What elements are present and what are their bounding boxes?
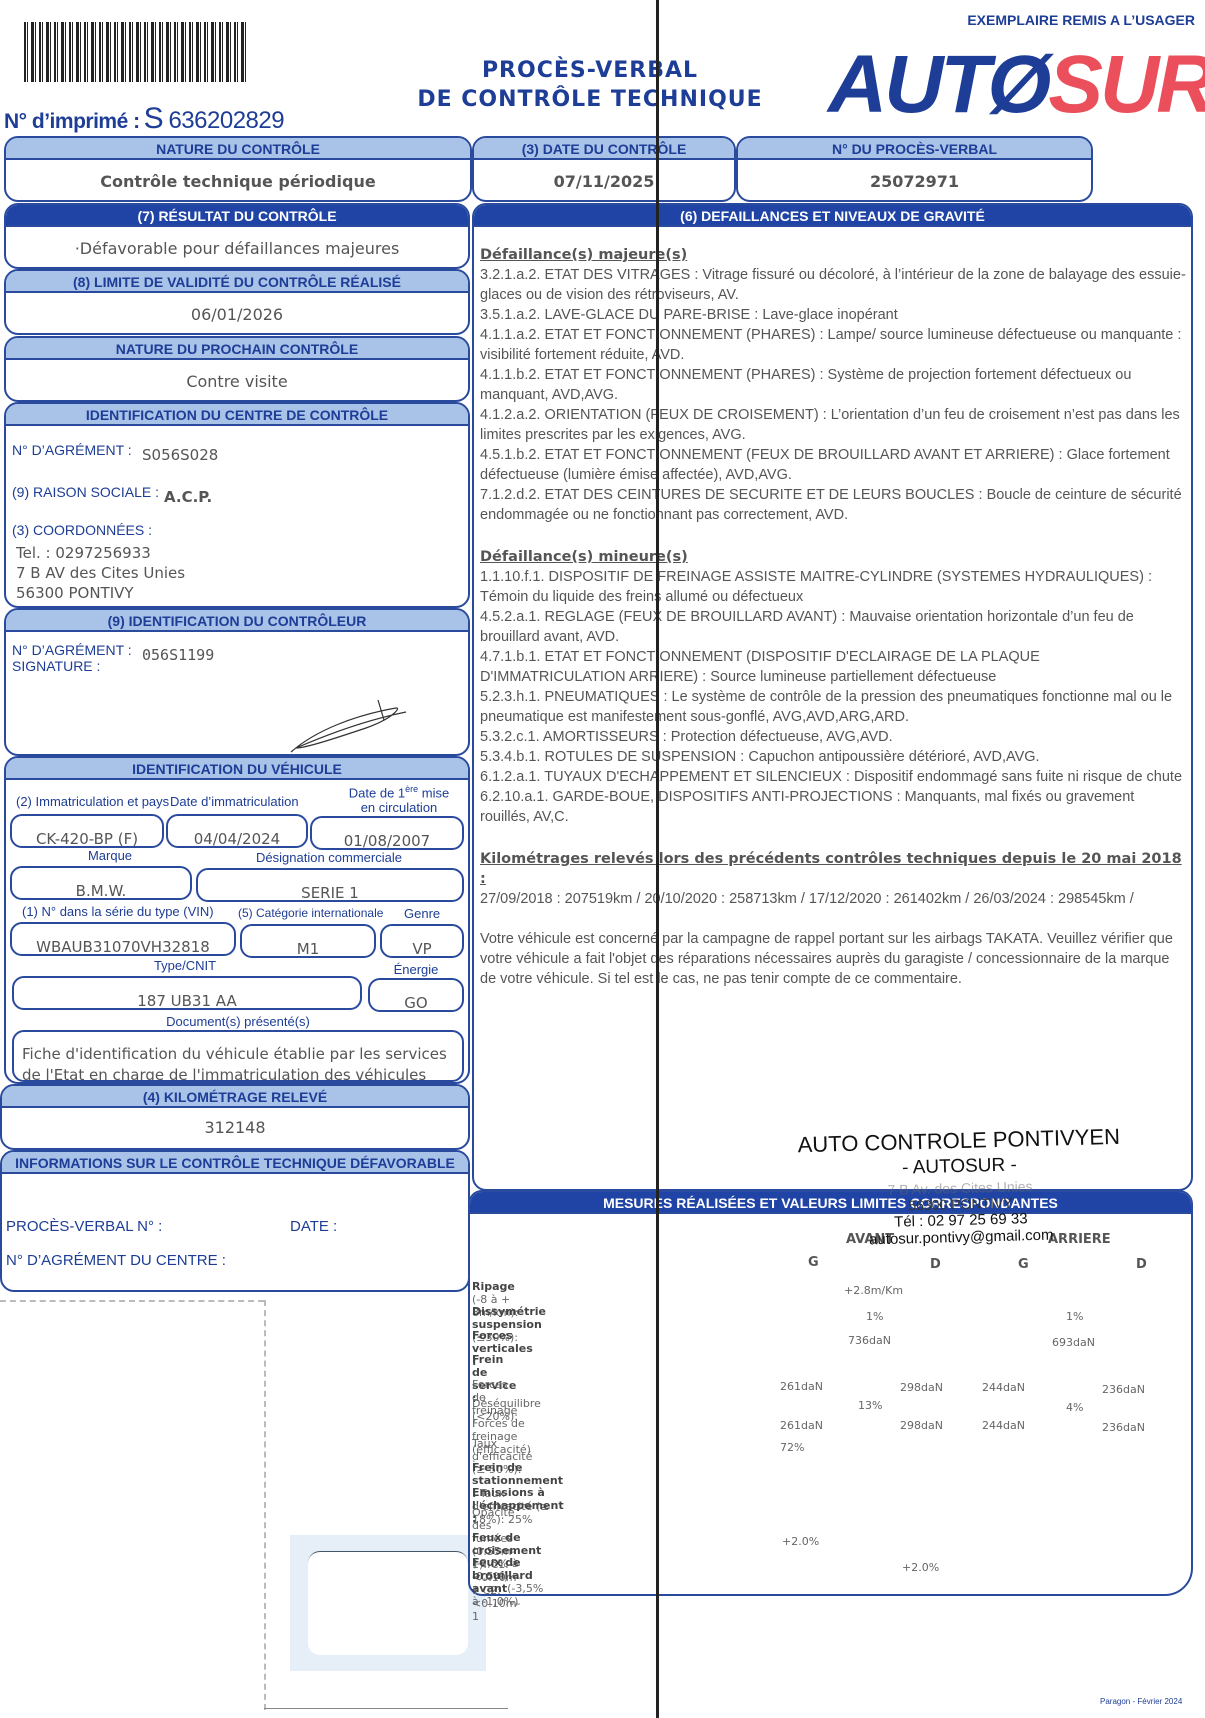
mileage-header: (4) KILOMÉTRAGE RELEVÉ (2, 1086, 468, 1108)
coordonnees-label: (3) COORDONNÉES : (12, 522, 152, 538)
document-title: PROCÈS-VERBAL DE CONTRÔLE TECHNIQUE (380, 56, 800, 114)
dipped-beam-value: +2.0% (782, 1535, 819, 1548)
first-reg-label-a: Date de 1 (349, 785, 405, 800)
minor-defect-item: 5.3.2.c.1. AMORTISSEURS : Protection déf… (480, 727, 1188, 747)
minor-defect-item: 4.5.2.a.1. REGLAGE (FEUX DE BROUILLARD A… (480, 607, 1188, 647)
minor-defect-item: 1.1.10.f.1. DISPOSITIF DE FREINAGE ASSIS… (480, 567, 1188, 607)
minor-defects-title: Défaillance(s) mineure(s) (480, 547, 1188, 567)
imbalance-rear: 4% (1066, 1401, 1083, 1414)
efficiency-rate-value: 72% (780, 1441, 804, 1454)
detach-line-vertical (264, 1300, 266, 1710)
pv-number-box: N° DU PROCÈS-VERBAL 25072971 (736, 136, 1093, 202)
designation-label: Désignation commerciale (196, 850, 462, 865)
efficiency-force-rr: 236daN (1102, 1421, 1145, 1434)
efficiency-force-fr: 298daN (900, 1419, 943, 1432)
major-defect-item: 7.1.2.d.2. ETAT DES CEINTURES DE SECURIT… (480, 485, 1188, 525)
printed-number: N° d’imprimé :S 636202829 (4, 102, 284, 136)
major-defects-list: 3.2.1.a.2. ETAT DES VITRAGES : Vitrage f… (480, 265, 1188, 525)
dissymetry-rear: 1% (1066, 1310, 1083, 1323)
fold-line (656, 0, 659, 1718)
energy-field: GO (368, 978, 464, 1012)
immat-field: CK-420-BP (F) (10, 814, 164, 848)
title-line-1: PROCÈS-VERBAL (380, 56, 800, 85)
vin-field: WBAUB31070VH32818 (10, 922, 236, 956)
efficiency-force-fl: 261daN (780, 1419, 823, 1432)
braking-force-fl: 261daN (780, 1380, 823, 1393)
result-value: ·Défavorable pour défaillances majeures (6, 227, 468, 258)
nature-box: NATURE DU CONTRÔLE Contrôle technique pé… (4, 136, 472, 202)
rear-right-label: D (1136, 1257, 1147, 1272)
centre-tel: Tel. : 0297256933 (16, 543, 185, 563)
vehicle-box: IDENTIFICATION DU VÉHICULE (2) Immatricu… (4, 756, 470, 1084)
measures-box: MESURES RÉALISÉES ET VALEURS LIMITES COR… (468, 1190, 1193, 1596)
nature-value: Contrôle technique périodique (6, 160, 470, 191)
logo-part-1: AUTØ (828, 39, 1048, 130)
controller-agrement-label: N° D’AGRÉMENT : (12, 642, 132, 658)
mileage-history: 27/09/2018 : 207519km / 20/10/2020 : 258… (480, 889, 1188, 909)
centre-stamp: AUTO CONTROLE PONTIVYEN - AUTOSUR - 7 B … (779, 1123, 1142, 1250)
pv-number-value: 25072971 (738, 160, 1091, 191)
category-field: M1 (240, 924, 376, 958)
dissymetry-label: Dissymétrie suspension (472, 1305, 546, 1331)
signature-icon (276, 690, 416, 756)
logo-part-2: SUR (1048, 39, 1205, 130)
mileage-box: (4) KILOMÉTRAGE RELEVÉ 312148 (0, 1084, 470, 1150)
immat-label: (2) Immatriculation et pays (16, 794, 169, 809)
controller-header: (9) IDENTIFICATION DU CONTRÔLEUR (6, 610, 468, 632)
dipped-beam-label: Feux de croisement (472, 1531, 541, 1557)
signature-label: SIGNATURE : (12, 658, 100, 674)
first-reg-label-c: en circulation (361, 800, 438, 815)
unfavorable-info-header: INFORMATIONS SUR LE CONTRÔLE TECHNIQUE D… (2, 1152, 468, 1174)
major-defect-item: 4.1.2.a.2. ORIENTATION (FEUX DE CROISEME… (480, 405, 1188, 445)
result-header: (7) RÉSULTAT DU CONTRÔLE (6, 205, 468, 227)
unfavorable-date-label: DATE : (290, 1218, 337, 1235)
vehicle-header: IDENTIFICATION DU VÉHICULE (6, 758, 468, 780)
ripage-value: +2.8m/Km (844, 1284, 903, 1297)
defects-content: Défaillance(s) majeure(s) 3.2.1.a.2. ETA… (480, 245, 1188, 989)
front-left-label: G (808, 1255, 819, 1270)
form-edition: Paragon - Février 2024 (1100, 1697, 1182, 1706)
nature-header: NATURE DU CONTRÔLE (6, 138, 470, 160)
defects-box: (6) DEFAILLANCES ET NIVEAUX DE GRAVITÉ D… (472, 203, 1193, 1191)
controller-box: (9) IDENTIFICATION DU CONTRÔLEUR N° D’AG… (4, 608, 470, 756)
major-defect-item: 4.1.1.b.2. ETAT ET FONCTIONNEMENT (PHARE… (480, 365, 1188, 405)
title-line-2: DE CONTRÔLE TECHNIQUE (380, 85, 800, 114)
centre-agrement-label: N° D’AGRÉMENT : (12, 442, 132, 458)
first-reg-label-sup: ère (405, 784, 418, 794)
next-control-header: NATURE DU PROCHAIN CONTRÔLE (6, 338, 468, 360)
printed-number-value: 636202829 (168, 107, 284, 134)
centre-address: Tel. : 0297256933 7 B AV des Cites Unies… (16, 543, 185, 603)
printed-number-prefix: S (144, 102, 164, 135)
braking-force-rl: 244daN (982, 1381, 1025, 1394)
brand-label: Marque (10, 848, 210, 863)
ripage-label: Ripage (472, 1280, 515, 1293)
raison-sociale-label: (9) RAISON SOCIALE : (12, 484, 159, 500)
minor-defect-item: 6.1.2.a.1. TUYAUX D'ECHAPPEMENT ET SILEN… (480, 767, 1188, 787)
braking-force-rr: 236daN (1102, 1383, 1145, 1396)
mileage-value: 312148 (2, 1108, 468, 1137)
date-value: 07/11/2025 (474, 160, 734, 191)
minor-defect-item: 5.2.3.h.1. PNEUMATIQUES : Le système de … (480, 687, 1188, 727)
unfavorable-pv-label: PROCÈS-VERBAL N° : (6, 1218, 162, 1235)
category-label: (5) Catégorie internationale (238, 906, 383, 920)
centre-header: IDENTIFICATION DU CENTRE DE CONTRÔLE (6, 404, 468, 426)
genre-label: Genre (404, 906, 440, 921)
front-right-label: D (930, 1257, 941, 1272)
result-box: (7) RÉSULTAT DU CONTRÔLE ·Défavorable po… (4, 203, 470, 269)
dissymetry-front: 1% (866, 1310, 883, 1323)
type-label: Type/CNIT (10, 958, 360, 973)
major-defects-title: Défaillance(s) majeure(s) (480, 245, 1188, 265)
fog-light-row: Feux de brouillard avant(-3,5% à -1,0%) (472, 1556, 543, 1608)
printed-number-label: N° d’imprimé : (4, 110, 140, 133)
copy-notice: EXEMPLAIRE REMIS A L’USAGER (930, 12, 1195, 28)
genre-field: VP (380, 924, 464, 958)
detach-line (0, 1300, 264, 1302)
braking-force-fr: 298daN (900, 1381, 943, 1394)
date-immat-field: 04/04/2024 (166, 814, 308, 848)
pv-number-header: N° DU PROCÈS-VERBAL (738, 138, 1091, 160)
date-immat-label: Date d’immatriculation (170, 794, 299, 809)
next-control-box: NATURE DU PROCHAIN CONTRÔLE Contre visit… (4, 336, 470, 402)
date-header: (3) DATE DU CONTRÔLE (474, 138, 734, 160)
fog-light-value: +2.0% (902, 1561, 939, 1574)
rear-left-label: G (1018, 1257, 1029, 1272)
major-defect-item: 3.2.1.a.2. ETAT DES VITRAGES : Vitrage f… (480, 265, 1188, 305)
detach-bottom-line (264, 1708, 508, 1709)
sticker-window (308, 1551, 468, 1655)
unfavorable-agrement-label: N° D’AGRÉMENT DU CENTRE : (6, 1252, 226, 1269)
next-control-value: Contre visite (6, 360, 468, 391)
raison-sociale-value: A.C.P. (164, 488, 212, 506)
major-defect-item: 4.1.1.a.2. ETAT ET FONCTIONNEMENT (PHARE… (480, 325, 1188, 365)
minor-defect-item: 6.2.10.a.1. GARDE-BOUE, DISPOSITIFS ANTI… (480, 787, 1188, 827)
validity-header: (8) LIMITE DE VALIDITÉ DU CONTRÔLE RÉALI… (6, 271, 468, 293)
brand-field: B.M.W. (10, 866, 192, 900)
date-box: (3) DATE DU CONTRÔLE 07/11/2025 (472, 136, 736, 202)
controller-agrement-value: 056S1199 (142, 646, 214, 664)
major-defect-item: 3.5.1.a.2. LAVE-GLACE DU PARE-BRISE : La… (480, 305, 1188, 325)
validity-value: 06/01/2026 (6, 293, 468, 324)
defects-header: (6) DEFAILLANCES ET NIVEAUX DE GRAVITÉ (474, 205, 1191, 227)
imbalance-front: 13% (858, 1399, 882, 1412)
vertical-forces-rear: 693daN (1052, 1336, 1095, 1349)
mileage-history-title: Kilométrages relevés lors des précédents… (480, 849, 1188, 889)
vertical-forces-front: 736daN (848, 1334, 891, 1347)
energy-label: Énergie (368, 962, 464, 977)
window-sticker-area (290, 1535, 486, 1671)
unfavorable-info-box: INFORMATIONS SUR LE CONTRÔLE TECHNIQUE D… (0, 1150, 470, 1292)
minor-defects-list: 1.1.10.f.1. DISPOSITIF DE FREINAGE ASSIS… (480, 567, 1188, 827)
centre-address-line1: 7 B AV des Cites Unies (16, 563, 185, 583)
takata-recall-note: Votre véhicule est concerné par la campa… (480, 929, 1188, 989)
designation-field: SERIE 1 (196, 868, 464, 902)
vin-label: (1) N° dans la série du type (VIN) (22, 904, 214, 919)
minor-defect-item: 5.3.4.b.1. ROTULES DE SUSPENSION : Capuc… (480, 747, 1188, 767)
minor-defect-item: 4.7.1.b.1. ETAT ET FONCTIONNEMENT (DISPO… (480, 647, 1188, 687)
documents-label: Document(s) présenté(s) (10, 1014, 466, 1029)
barcode (24, 22, 246, 82)
first-registration-label: Date de 1ère miseen circulation (334, 782, 464, 815)
centre-address-line2: 56300 PONTIVY (16, 583, 185, 603)
major-defect-item: 4.5.1.b.2. ETAT ET FONCTIONNEMENT (FEUX … (480, 445, 1188, 485)
first-reg-label-b: mise (418, 785, 449, 800)
type-field: 187 UB31 AA (12, 976, 362, 1010)
validity-box: (8) LIMITE DE VALIDITÉ DU CONTRÔLE RÉALI… (4, 269, 470, 335)
centre-agrement-value: S056S028 (142, 446, 218, 464)
centre-box: IDENTIFICATION DU CENTRE DE CONTRÔLE N° … (4, 402, 470, 608)
documents-field: Fiche d'identification du véhicule établ… (12, 1030, 464, 1082)
efficiency-force-rl: 244daN (982, 1419, 1025, 1432)
autosur-logo: AUTØSUR (828, 40, 1205, 130)
first-registration-field: 01/08/2007 (310, 816, 464, 850)
